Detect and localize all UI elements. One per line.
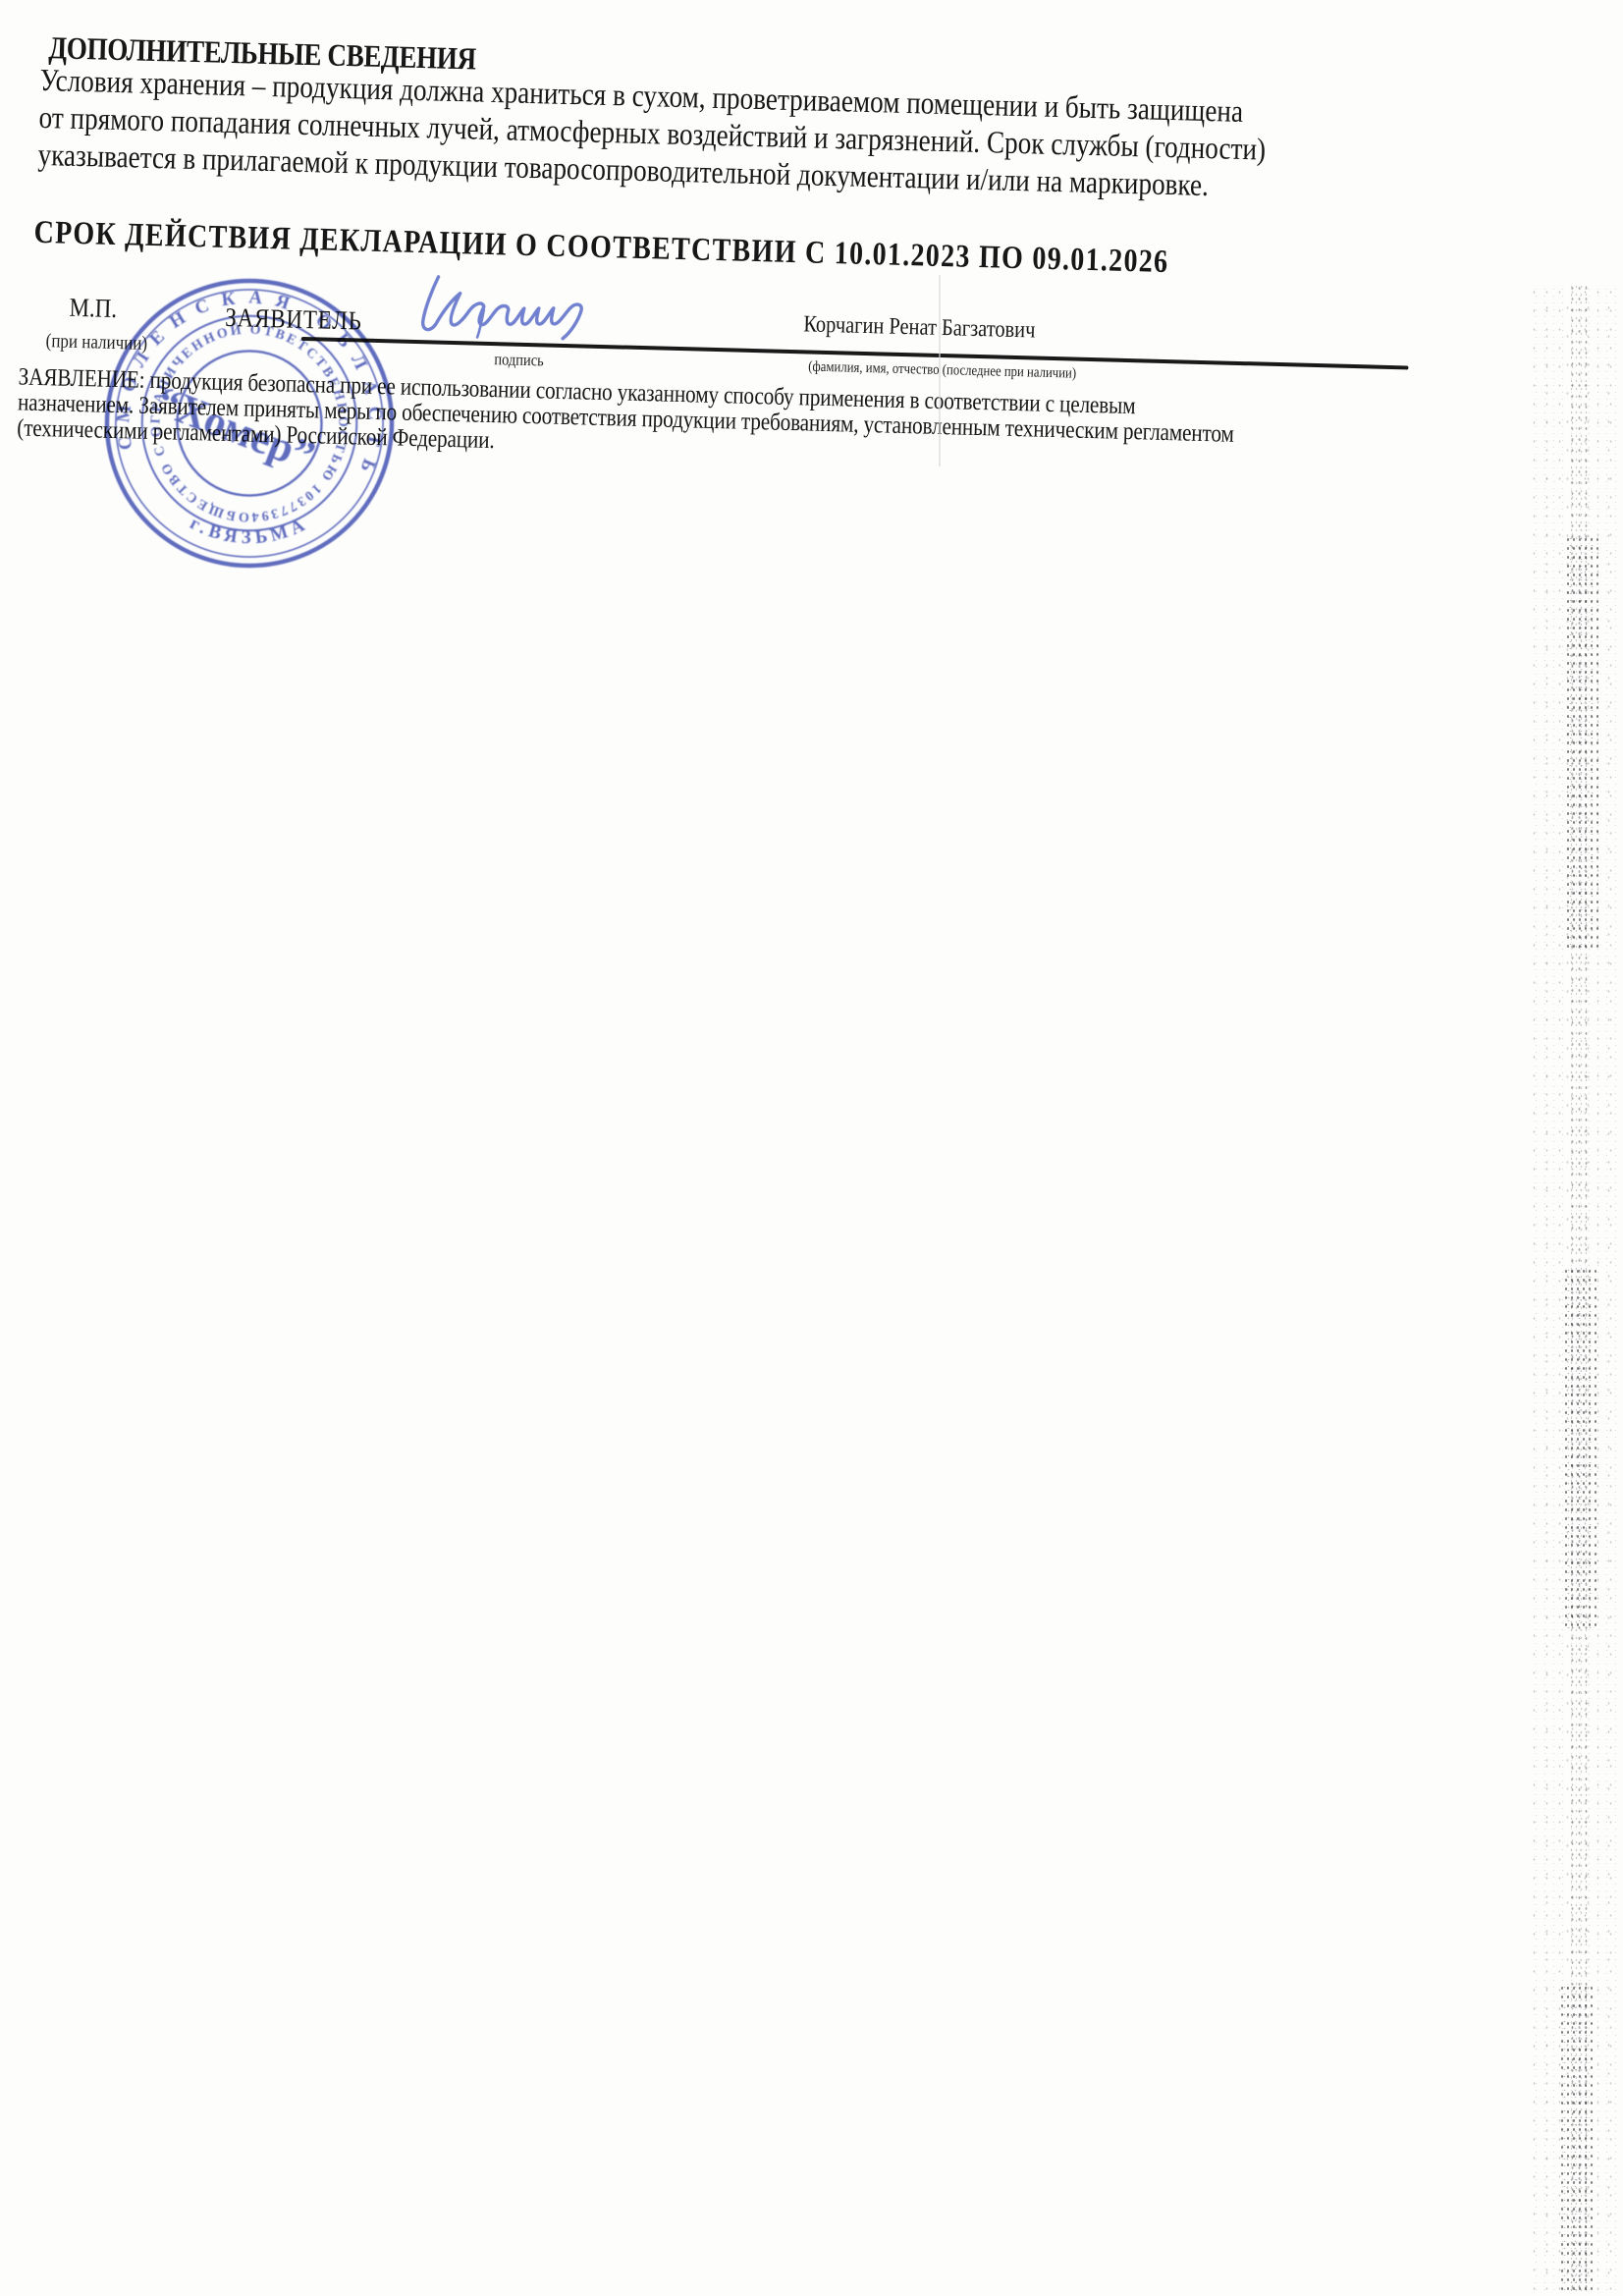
stamp-city-text: г.ВЯЗЬМА — [187, 513, 312, 548]
scan-noise-patch — [1559, 1984, 1593, 2296]
company-round-stamp: СМОЛЕНСКАЯ ОБЛАСТЬ г.ВЯЗЬМА ОБЩЕСТВО С О… — [103, 277, 396, 570]
scan-noise-patch — [1563, 1267, 1596, 1630]
scan-noise-patch — [1565, 535, 1598, 948]
handwritten-signature — [414, 263, 643, 348]
applicant-name: Корчагин Ренат Багзатович — [803, 311, 1036, 344]
signature-stroke — [422, 276, 581, 340]
storage-conditions-paragraph: Условия хранения – продукция должна хран… — [37, 61, 1267, 205]
stamp-company-name: “Хомер” — [150, 377, 321, 480]
scan-streak-line — [939, 275, 941, 466]
applicant-name-caption: (фамилия, имя, отчество (последнее при н… — [808, 358, 1076, 382]
scanned-declaration-page: ДОПОЛНИТЕЛЬНЫЕ СВЕДЕНИЯ Условия хранения… — [0, 0, 1623, 2296]
signature-caption: подпись — [494, 350, 544, 370]
